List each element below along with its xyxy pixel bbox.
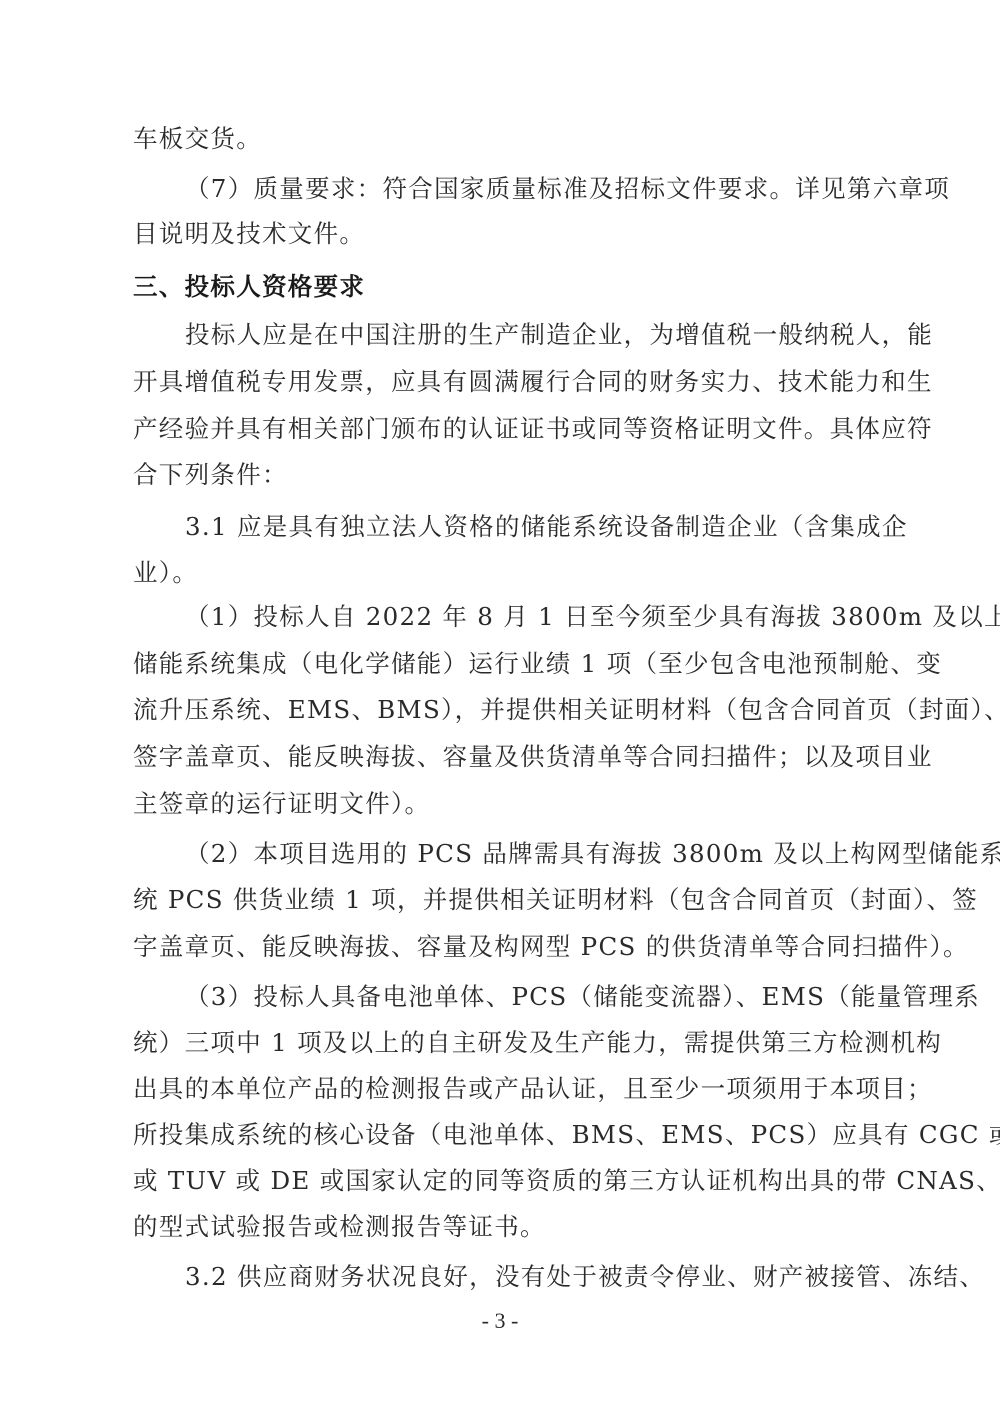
text-line: 业）。 [133, 556, 867, 590]
text-line: 出具的本单位产品的检测报告或产品认证，且至少一项须用于本项目； [133, 1072, 867, 1106]
text-line: 所投集成系统的核心设备（电池单体、BMS、EMS、PCS）应具有 CGC 或 C… [133, 1118, 867, 1152]
text-line: 目说明及技术文件。 [133, 217, 867, 251]
text-line: 的型式试验报告或检测报告等证书。 [133, 1210, 867, 1244]
text-line: 投标人应是在中国注册的生产制造企业，为增值税一般纳税人，能 [133, 318, 867, 352]
text-line: 统 PCS 供货业绩 1 项，并提供相关证明材料（包含合同首页（封面）、签 [133, 883, 867, 917]
text-line: 字盖章页、能反映海拔、容量及构网型 PCS 的供货清单等合同扫描件）。 [133, 930, 867, 964]
text-line: 流升压系统、EMS、BMS），并提供相关证明材料（包含合同首页（封面）、 [133, 693, 867, 727]
text-line: 签字盖章页、能反映海拔、容量及供货清单等合同扫描件；以及项目业 [133, 740, 867, 774]
text-line: 储能系统集成（电化学储能）运行业绩 1 项（至少包含电池预制舱、变 [133, 647, 867, 681]
text-line: （7）质量要求：符合国家质量标准及招标文件要求。详见第六章项 [133, 172, 867, 206]
text-line: 开具增值税专用发票，应具有圆满履行合同的财务实力、技术能力和生 [133, 365, 867, 399]
text-line: 车板交货。 [133, 122, 867, 156]
text-line: 3.1 应是具有独立法人资格的储能系统设备制造企业（含集成企 [133, 510, 867, 544]
text-line: 主签章的运行证明文件）。 [133, 787, 867, 821]
text-line: （1）投标人自 2022 年 8 月 1 日至今须至少具有海拔 3800m 及以… [133, 600, 867, 634]
text-line: 合下列条件： [133, 458, 867, 492]
text-line: 或 TUV 或 DE 或国家认定的同等资质的第三方认证机构出具的带 CNAS、C… [133, 1164, 867, 1198]
text-line: 产经验并具有相关部门颁布的认证证书或同等资格证明文件。具体应符 [133, 412, 867, 446]
page-number: - 3 - [0, 1308, 1000, 1334]
text-line: 3.2 供应商财务状况良好，没有处于被责令停业、财产被接管、冻结、 [133, 1260, 867, 1294]
text-line: 统）三项中 1 项及以上的自主研发及生产能力，需提供第三方检测机构 [133, 1026, 867, 1060]
text-line: （2）本项目选用的 PCS 品牌需具有海拔 3800m 及以上构网型储能系 [133, 837, 867, 871]
section-heading: 三、投标人资格要求 [133, 270, 867, 304]
text-line: （3）投标人具备电池单体、PCS（储能变流器）、EMS（能量管理系 [133, 980, 867, 1014]
